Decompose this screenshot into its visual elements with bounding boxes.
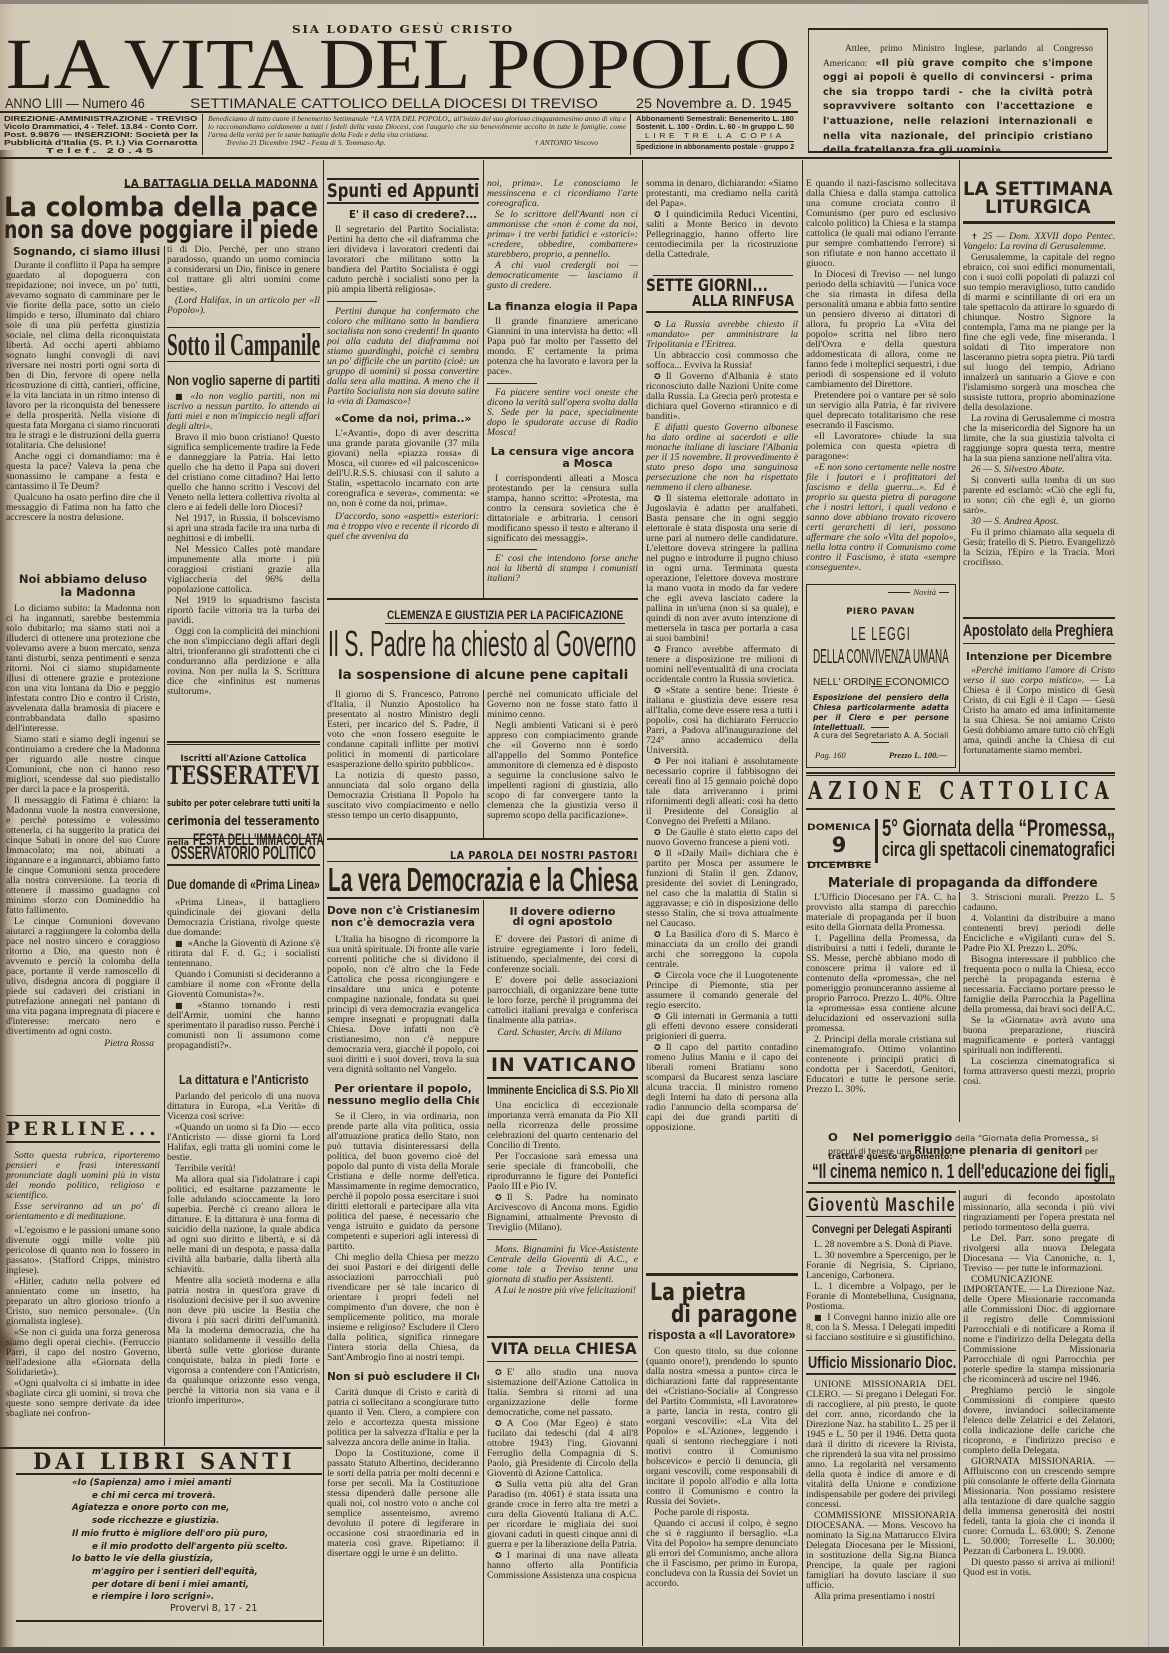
clemenza-body-col-1: Il giorno di S. Francesco, Patrono d'Ita… xyxy=(327,690,479,836)
divider xyxy=(871,727,889,728)
spunti-ed-appunti-continuation: noi, prima». Le conosciamo le messinscen… xyxy=(487,162,638,598)
date-month: DICEMBRE xyxy=(807,860,872,872)
verse-line: Il mio frutto è migliore dell'oro più pu… xyxy=(72,1528,312,1541)
paragraph: Pretendere poi o vantare per sè solo un … xyxy=(806,391,956,431)
divider xyxy=(646,311,798,313)
article-comment: D'accordo, sono «aspetti» esteriori: ma … xyxy=(327,512,479,542)
divider xyxy=(487,383,537,384)
subhead: Convegni per Delegati Aspiranti xyxy=(812,1223,952,1235)
article-body: Se il Clero, in via ordinaria, non prend… xyxy=(327,1112,479,1363)
paragraph: In Diocesi di Treviso — nel lungo period… xyxy=(806,270,956,390)
divider xyxy=(487,1361,638,1363)
star-bullet-icon xyxy=(654,645,661,654)
title-part: della xyxy=(1032,625,1052,639)
star-bullet-icon xyxy=(654,828,661,837)
divider xyxy=(327,838,638,840)
clemenza-body-col-2: perchè nel comunicato ufficiale del Gove… xyxy=(487,690,638,836)
subhead: «Come da noi, prima..» xyxy=(327,413,479,425)
column-rule xyxy=(959,1190,960,1646)
paragraph: Qualcuno ha osato perfino dire che il me… xyxy=(6,493,160,523)
subhead: Intenzione per Dicembre xyxy=(963,651,1115,663)
article-body: ti di Dio. Perchè, per uno strano parado… xyxy=(167,245,320,316)
book-title: DELLA CONVIVENZA UMANA xyxy=(813,647,949,667)
spunti-ed-appunti-section: Spunti ed Appunti E' il caso di credere?… xyxy=(327,162,479,598)
paragraph: Ma allora qual sia l'idolatrare i capi p… xyxy=(167,1175,320,1275)
subhead-wrapper: Sognando, ci siamo illusi xyxy=(13,246,160,258)
section-title-wrapper: Spunti ed Appunti xyxy=(327,181,479,202)
paragraph: Anche oggi ci domandiamo: ma è questa la… xyxy=(6,452,160,492)
paragraph: L. 28 novembre a S. Donà di Piave. xyxy=(806,1240,956,1250)
article-body: I corrispondenti alleati a Mosca protest… xyxy=(487,474,638,544)
paragraph: Quando ci accusi il colpo, è segno che s… xyxy=(646,1519,798,1589)
divider xyxy=(806,772,1115,774)
headline: 5° Giornata della “Promessa„ xyxy=(882,817,1115,841)
divider xyxy=(871,686,889,687)
headline-wrapper: non sa dove poggiare il piede xyxy=(4,217,318,243)
headline: La vera Democrazia e la Chiesa xyxy=(328,863,638,896)
paragraph: Lo diciamo subito: la Madonna non ci ha … xyxy=(6,604,160,734)
paragraph: L'«Avanti», dopo di aver descritta una g… xyxy=(327,429,479,509)
star-bullet-icon xyxy=(654,372,661,381)
book-editor: A cura del Segretariato A. A. Sociali xyxy=(813,731,949,740)
office-line: Telef. 20.45 xyxy=(46,147,156,155)
issue-date: 25 Novembre a. D. 1945 xyxy=(636,96,792,111)
paragraph: A Lui le nostre più vive felicitazioni! xyxy=(487,1286,638,1296)
column-rule xyxy=(642,160,643,1646)
ad-line-wrapper: subito per poter celebrare tutti uniti l… xyxy=(167,793,320,811)
column-rule xyxy=(959,160,960,772)
paragraph: 2. Principi della morale cristiana sul c… xyxy=(806,1035,956,1095)
paragraph: noi, prima». Le conosciamo le messinscen… xyxy=(487,179,638,209)
sette-giorni-section: SETTE GIORNI... ALLA RINFUSA La Russia a… xyxy=(646,270,798,1273)
paragraph: «E non sono certamente nelle nostre file… xyxy=(806,463,956,573)
subtitle: SETTIMANALE CATTOLICO DELLA DIOCESI DI T… xyxy=(190,96,598,111)
settimana-liturgica-section: LA SETTIMANA LITURGICA 25 — Dom. XXVII d… xyxy=(963,162,1115,612)
news-items: La Russia avrebbe chiesto il «mandato» p… xyxy=(646,320,798,1133)
prayer-intention: «Perchè imitiamo l'amore di Cristo verso… xyxy=(963,665,1115,686)
star-bullet-icon xyxy=(654,757,661,766)
article-body: «Prima Linea», il battagliero quindicina… xyxy=(167,898,320,1051)
paragraph: Fu il primo chiamato alla sequela di Ges… xyxy=(963,528,1115,568)
paragraph: Se lo scrittore dell'Avanti non ci ammon… xyxy=(487,210,638,260)
date-weekday: DOMENICA xyxy=(807,823,871,833)
paragraph: E' dovere dei Pastori di anime di istrui… xyxy=(487,935,638,975)
star-bullet-icon xyxy=(495,1551,502,1560)
subhead: Non voglio saperne di partiti xyxy=(167,373,320,387)
star-bullet-icon xyxy=(654,930,661,939)
slogan: “Il cinema nemico n. 1 dell'educazione d… xyxy=(812,1162,1115,1182)
divider xyxy=(487,1239,537,1240)
paragraph: E' dovere poi delle associazioni parrocc… xyxy=(487,976,638,1026)
divider xyxy=(327,202,479,204)
list-item: «Anche la Gioventù di Azione s'è ritirat… xyxy=(167,939,320,969)
newspaper-page: SIA LODATO GESÙ CRISTO LA VITA DEL POPOL… xyxy=(0,0,1169,1653)
paragraph: «Quando un uomo si fa Dio — ecco l'Antic… xyxy=(167,1123,320,1163)
divider xyxy=(6,1141,160,1143)
book-author: PIERO PAVAN xyxy=(807,607,954,617)
subhead: a Mosca xyxy=(487,458,638,470)
paragraph: Durante il conflitto il Papa ha sempre g… xyxy=(6,261,160,451)
subhead: Non si può escludere il Clero xyxy=(327,1371,479,1383)
kicker-wrapper: CLEMENZA E GIUSTIZIA PER LA PACIFICAZION… xyxy=(387,606,623,624)
pastori-header: LA PAROLA DEI NOSTRI PASTORI La vera Dem… xyxy=(327,836,638,900)
paragraph: «Prima Linea», il battagliero quindicina… xyxy=(167,898,320,938)
osservatorio-politico-section: OSSERVATORIO POLITICO Due domande di «Pr… xyxy=(167,838,320,1070)
section-title-wrapper: PERLINE... xyxy=(6,1119,160,1139)
paragraph: auguri di fecondo apostolato missionario… xyxy=(963,1193,1115,1233)
paragraph: La rovina di Gerusalemme ci mostra che l… xyxy=(963,414,1115,464)
article-body: Il segretario del Partito Socialista: Pe… xyxy=(327,225,479,295)
headline-wrapper: La vera Democrazia e la Chiesa xyxy=(328,863,638,896)
paragraph: Chi meglio della Chiesa per mezzo dei su… xyxy=(327,1253,479,1363)
dai-libri-santi-box: DAI LIBRI SANTI «Io (Sapienza) amo i mie… xyxy=(0,1446,322,1626)
divider xyxy=(939,592,949,593)
paragraph: «Il Lavoratore» chiude la sua polemica c… xyxy=(806,432,956,462)
star-bullet-icon xyxy=(654,686,661,695)
headline: circa gli spettacoli cinematografici xyxy=(882,840,1115,861)
clemenza-header: CLEMENZA E GIUSTIZIA PER LA PACIFICAZION… xyxy=(327,596,638,690)
divider xyxy=(16,1473,322,1475)
verse-line: e chi mi cerca mi troverà. xyxy=(92,1490,312,1503)
title-part: DELLA xyxy=(534,1344,570,1357)
paragraph: Pertini dunque ha confermato che coloro … xyxy=(327,307,479,407)
column-rule xyxy=(959,892,960,1122)
subhead-wrapper: risposta a «Il Lavoratore» xyxy=(648,1328,796,1342)
tesseratevi-ad: Iscritti all'Azione Cattolica TESSERATEV… xyxy=(167,738,320,840)
paragraph: Quando i Comunisti si decideranno a camb… xyxy=(167,970,320,1000)
kicker-underline xyxy=(124,187,318,188)
headline-wrapper: di paragone xyxy=(671,1303,797,1325)
paragraph: perchè nel comunicato ufficiale del Gove… xyxy=(487,690,638,720)
star-bullet-icon xyxy=(654,849,661,858)
paragraph: L. 1 dicembre a Volpago, per le Foranie … xyxy=(806,1282,956,1312)
article-body: Durante il conflitto il Papa ha sempre g… xyxy=(6,261,160,523)
section-title-wrapper: VITA DELLA CHIESA xyxy=(491,1341,637,1359)
section-title: Spunti ed Appunti xyxy=(327,181,479,202)
ad-line: subito per poter celebrare tutti uniti l… xyxy=(167,799,320,809)
subhead: Per orientare il popolo, xyxy=(327,1083,479,1095)
verse-line: «Io (Sapienza) amo i miei amanti xyxy=(72,1477,312,1490)
paragraph: 26 — S. Silvestro Abate. xyxy=(963,465,1115,475)
paragraph: Nel Messico Calles potè mandare impuneme… xyxy=(167,545,320,595)
section-title: VITA DELLA CHIESA xyxy=(491,1341,637,1359)
list-item: I Convegni hanno inizio alle ore 8, con … xyxy=(806,1313,956,1343)
paragraph: Nel 1919 lo squadrismo fascista riportò … xyxy=(167,596,320,626)
section-title-wrapper: Ufficio Missionario Dioc. xyxy=(808,1355,956,1371)
ad-title-wrapper: TESSERATEVI xyxy=(167,765,320,789)
header-divider xyxy=(630,114,631,155)
title-part: VITA xyxy=(491,1339,529,1358)
blessing-footer: Treviso 21 Dicembre 1942 - Festa di S. T… xyxy=(208,139,626,147)
scan-top-edge xyxy=(0,0,1169,4)
attlee-quote: Attlee, primo Ministro Inglese, parlando… xyxy=(823,41,1093,158)
paragraph: «Se non ci guida una forza generosa siam… xyxy=(6,1328,160,1378)
paragraph: Sotto questa rubrica, riporteremo pensie… xyxy=(6,1151,160,1201)
list-item: Gli internati in Germania a tutti gli ef… xyxy=(646,1012,798,1042)
book-pages: Pag. 160 xyxy=(815,750,846,760)
subhead: La finanza elogia il Papa xyxy=(487,301,638,313)
verse-line: Agiatezza e onore porto con me, xyxy=(72,1502,312,1515)
article-body: Parlando del pericolo di una nuova ditta… xyxy=(167,1092,320,1406)
article-body: E quando il nazi-fascismo sollecitava da… xyxy=(806,179,956,573)
article-comment: Fa piacere sentire voci oneste che dicon… xyxy=(487,388,638,438)
article-body: auguri di fecondo apostolato missionario… xyxy=(963,1193,1115,1578)
ad-title: TESSERATEVI xyxy=(167,765,320,787)
subhead-wrapper: La dittatura e l'Anticristo xyxy=(179,1073,309,1087)
paragraph: Con questo titolo, su due colonne (quant… xyxy=(646,1347,798,1507)
paragraph: Le Del. Parr. sono pregate di rivolgersi… xyxy=(963,1234,1115,1274)
paragraph: ti di Dio. Perchè, per uno strano parado… xyxy=(167,245,320,295)
paragraph: GIORNATA MISSIONARIA. — Affluiscono con … xyxy=(963,1457,1115,1557)
star-bullet-icon xyxy=(654,1043,661,1052)
section-title: PERLINE... xyxy=(6,1119,160,1139)
column-rule xyxy=(323,160,324,1446)
divider xyxy=(806,1216,956,1218)
scan-right-margin xyxy=(1148,0,1169,1653)
subhead-wrapper: E' il caso di credere?... xyxy=(349,209,477,221)
date-day: 9 xyxy=(807,835,871,855)
header-rule xyxy=(0,111,798,113)
office-info-box: DIREZIONE-AMMINISTRAZIONE - TREVISO Vico… xyxy=(4,115,198,155)
paragraph: La coscienza cinematografica si forma at… xyxy=(963,1057,1115,1087)
banner-text-part: trattare questo argomento: xyxy=(828,1152,953,1161)
perline-section: PERLINE... Sotto questa rubrica, riporte… xyxy=(6,1110,160,1448)
divider xyxy=(888,592,910,593)
author-signature: Card. Schuster, Arciv. di Milano xyxy=(487,1028,638,1038)
section-title-wrapper: Gioventù Maschile xyxy=(808,1197,956,1214)
column-rule xyxy=(483,900,484,1646)
headline: non sa dove poggiare il piede xyxy=(4,217,318,243)
pietra-di-paragone-continuation: E quando il nazi-fascismo sollecitava da… xyxy=(806,162,956,582)
subhead: Materiale di propaganda da diffondere xyxy=(828,877,1098,891)
square-bullet-icon xyxy=(814,1313,822,1322)
office-phone: Telef. 20.45 xyxy=(46,147,157,155)
article-body: UNIONE MISSIONARIA DEL CLERO. — Si prega… xyxy=(806,1380,956,1602)
star-bullet-icon xyxy=(495,1193,502,1202)
paragraph: E' così che intendono forse anche noi la… xyxy=(487,554,638,584)
paragraph: Carità dunque di Cristo e carità di patr… xyxy=(327,1388,479,1448)
paragraph: Mentre alla società moderna e alla patri… xyxy=(167,1276,320,1406)
apostolato-section: Apostolato della Preghiera Intenzione pe… xyxy=(963,612,1115,772)
divider xyxy=(646,1273,798,1276)
list-item: Circola voce che il Luogotenente Princip… xyxy=(646,971,798,1011)
paragraph: La notizia di questo passo, annunciata d… xyxy=(327,771,479,821)
article-body: somma in denaro, dichiarando: «Siamo pro… xyxy=(646,179,798,260)
headline: di paragone xyxy=(671,1303,797,1325)
star-bullet-icon xyxy=(654,971,661,980)
paragraph: Se la «Giornata» avrà avuto una buona pr… xyxy=(963,1016,1115,1056)
blessing-text: Benediciamo di tutto cuore il benemerito… xyxy=(208,115,626,139)
novelty-text: Novità xyxy=(913,587,936,597)
header-divider xyxy=(202,114,203,155)
scan-bottom-edge xyxy=(0,1647,1169,1653)
divider xyxy=(963,617,1115,619)
masthead: LA VITA DEL POPOLO xyxy=(6,28,790,100)
headline: Il S. Padre ha chiesto al Governo xyxy=(328,626,636,662)
book-title: LE LEGGI xyxy=(851,625,911,643)
issue-number: ANNO LIII — Numero 46 xyxy=(5,96,145,111)
section-title: OSSERVATORIO POLITICO xyxy=(171,845,316,861)
section-title: DAI LIBRI SANTI xyxy=(33,1451,295,1473)
subhead-wrapper: Imminente Enciclica di S.S. Pio XII xyxy=(487,1084,638,1097)
article-body: E' allo studio una nuova sistemazione de… xyxy=(487,1368,638,1581)
subhead: La dittatura e l'Anticristo xyxy=(179,1073,309,1086)
square-bullet-icon xyxy=(175,392,186,401)
perline-intro: Sotto questa rubrica, riporteremo pensie… xyxy=(6,1151,160,1222)
divider xyxy=(806,1350,956,1351)
divider xyxy=(806,1191,956,1193)
divider xyxy=(806,1373,956,1375)
ad-line: cerimonia del tesseramento xyxy=(167,815,319,827)
perline-continuation: ti di Dio. Perchè, per uno strano parado… xyxy=(167,244,320,324)
paragraph: UNIONE MISSIONARIA DEL CLERO. — Si prega… xyxy=(806,1380,956,1510)
paragraph: COMMISSIONE MISSIONARIA DIOCESANA. — Mon… xyxy=(806,1511,956,1591)
verse-line: e il mio prodotto dell'argento più scelt… xyxy=(92,1541,312,1554)
headline-wrapper: Il S. Padre ha chiesto al Governo xyxy=(328,626,636,662)
dittatura-section: La dittatura e l'Anticristo Parlando del… xyxy=(167,1070,320,1448)
subhead-wrapper: Due domande di «Prima Linea» xyxy=(167,878,320,892)
column-rule xyxy=(802,160,803,1646)
section-title-wrapper: Apostolato della Preghiera xyxy=(963,622,1113,641)
paragraph: Fa piacere sentire voci oneste che dicon… xyxy=(487,388,638,438)
paragraph: L. 30 novembre a Spercenigo, per le Fora… xyxy=(806,1251,956,1281)
paragraph: L'Ufficio Diocesano per l'A. C. ha provv… xyxy=(806,893,956,933)
democrazia-body: Dove non c'è Cristianesimo non c'è democ… xyxy=(327,900,479,1646)
list-item: A Coo (Mar Egeo) è stato fucilato dai te… xyxy=(487,1419,638,1479)
event-date-box: DOMENICA 9 DICEMBRE xyxy=(807,817,871,863)
vita-della-chiesa-section: VITA DELLA CHIESA E' allo studio una nuo… xyxy=(487,1333,638,1646)
verses: «Io (Sapienza) amo i miei amanti e chi m… xyxy=(72,1477,312,1604)
section-title-wrapper: Sotto il Campanile xyxy=(167,330,320,359)
cross-icon xyxy=(971,232,978,241)
column-rule xyxy=(323,1446,324,1646)
headline-wrapper: 5° Giornata della “Promessa„ xyxy=(882,817,1115,841)
paragraph: Le cinque Comunioni dovevano aiutarci a … xyxy=(6,917,160,1037)
paragraph: D'accordo, sono «aspetti» esteriori: ma … xyxy=(327,512,479,542)
subhead: Sognando, ci siamo illusi xyxy=(13,246,160,257)
paragraph: Negli ambienti Vaticani si è però appres… xyxy=(487,721,638,821)
kicker: CLEMENZA E GIUSTIZIA PER LA PACIFICAZION… xyxy=(387,609,623,621)
list-item: «Io non voglio partiti, non mi iscrivo a… xyxy=(167,392,320,432)
azione-cattolica-body-col-2: 3. Striscioni murali. Prezzo L. 5 cadaun… xyxy=(963,890,1115,1122)
list-item: De Gaulle è stato eletto capo del nuovo … xyxy=(646,828,798,848)
paragraph: Il segretario del Partito Socialista: Pe… xyxy=(327,225,479,295)
divider xyxy=(806,808,1115,810)
divider xyxy=(871,742,889,743)
list-item: «Stanno tornando i resti dell'Armir, uom… xyxy=(167,1001,320,1051)
paragraph: Esse serviranno ad un po' di orientament… xyxy=(6,1202,160,1222)
article-body: 3. Striscioni murali. Prezzo L. 5 cadaun… xyxy=(963,893,1115,1087)
section-title-wrapper: LITURGICA xyxy=(985,198,1091,216)
section-title: AZIONE CATTOLICA xyxy=(808,779,1115,803)
paragraph: Nel 1917, in Russia, il bolscevismo si a… xyxy=(167,514,320,544)
divider xyxy=(487,1050,638,1052)
verse-line: per dotare di beni i miei amanti, xyxy=(92,1579,312,1592)
bishop-blessing-box: Benediciamo di tutto cuore il benemerito… xyxy=(208,115,626,155)
paragraph: Il grande finanziere americano Giannini … xyxy=(487,317,638,377)
verse-line: Io batto le vie della giustizia, xyxy=(72,1553,312,1566)
divider xyxy=(16,1620,322,1622)
ad-line-wrapper: cerimonia del tesseramento xyxy=(167,812,319,830)
article-colomba-part-2: Noi abbiamo deluso la Madonna Lo diciamo… xyxy=(6,570,160,1110)
azione-cattolica-header: AZIONE CATTOLICA DOMENICA 9 DICEMBRE 5° … xyxy=(802,770,1115,890)
list-item: I quindicimila Reduci Vicentini, saliti … xyxy=(646,210,798,260)
article-body: «Io non voglio partiti, non mi iscrivo a… xyxy=(167,392,320,697)
list-item: I marinai di una nave alleata hanno offe… xyxy=(487,1551,638,1581)
article-body: L'«Avanti», dopo di aver descritta una g… xyxy=(327,429,479,509)
section-title: Sotto il Campanile xyxy=(167,330,320,359)
verse-line: m'aggiro per i sentieri dell'equità, xyxy=(92,1566,312,1579)
list-item: Sulla vetta più alta del Gran Paradiso (… xyxy=(487,1480,638,1550)
paragraph: Siamo stati e siamo degli ingenui se con… xyxy=(6,735,160,795)
list-item: Il capo del partito contadino romeno Jul… xyxy=(646,1043,798,1133)
verse-source: Provervi 8, 17 - 21 xyxy=(170,1603,257,1614)
paragraph: Un abbraccio così commosso che soffoca..… xyxy=(646,351,798,371)
pietra-di-paragone-section: La pietra di paragone risposta a «Il Lav… xyxy=(646,1273,798,1646)
book-title-wrapper: LE LEGGI xyxy=(851,625,911,645)
subhead: Imminente Enciclica di S.S. Pio XII xyxy=(487,1084,638,1096)
subhead: Dove non c'è Cristianesimo xyxy=(327,905,479,917)
article-body: L'Italia ha bisogno di ricomporre la sua… xyxy=(327,935,479,1075)
article-body: 25 — Dom. XXVII dopo Pentec. Vangelo: La… xyxy=(963,232,1115,568)
paragraph: 30 — S. Andrea Apost. xyxy=(963,517,1115,527)
title-part: Preghiera xyxy=(1055,621,1113,640)
headline-wrapper: circa gli spettacoli cinematografici xyxy=(882,840,1115,861)
square-bullet-icon xyxy=(175,939,183,948)
paragraph: COMUNICAZIONE IMPORTANTE. — La Direzione… xyxy=(963,1275,1115,1385)
paragraph: «L'egoismo e le passioni umane sono dive… xyxy=(6,1226,160,1276)
blessing-signature: † ANTONIO Vescovo xyxy=(535,139,598,147)
subhead: E' il caso di credere?... xyxy=(349,209,477,221)
paragraph: Una enciclica di eccezionale importanza … xyxy=(487,1101,638,1151)
subhead: non c'è democrazia vera xyxy=(327,917,479,929)
subhead: Due domande di «Prima Linea» xyxy=(167,878,320,891)
paragraph: Per l'occasione sarà emessa una serie sp… xyxy=(487,1152,638,1192)
subhead: risposta a «Il Lavoratore» xyxy=(648,1328,796,1341)
square-bullet-icon xyxy=(175,1001,192,1010)
section-title-wrapper: ALLA RINFUSA xyxy=(692,294,794,309)
section-title: Ufficio Missionario Dioc. xyxy=(808,1355,956,1371)
subhead-wrapper: la sospensione di alcune pene capitali xyxy=(338,666,628,684)
list-item: Per noi italiani è assolutamente necessa… xyxy=(646,757,798,827)
section-title-wrapper: IN VATICANO xyxy=(491,1056,637,1074)
star-bullet-icon xyxy=(654,494,661,503)
paragraph: Di questo passo si arriva ai milioni! Qu… xyxy=(963,1558,1115,1578)
date-month-wrapper: DICEMBRE xyxy=(807,855,871,873)
article-body: Il giorno di S. Francesco, Patrono d'Ita… xyxy=(327,690,479,821)
kicker: LA BATTAGLIA DELLA MADONNA xyxy=(124,178,318,190)
paragraph: Il messaggio di Fatima è chiaro: la Mado… xyxy=(6,796,160,916)
paragraph: E quando il nazi-fascismo sollecitava da… xyxy=(806,179,956,269)
section-title-wrapper: OSSERVATORIO POLITICO xyxy=(171,845,316,862)
paragraph: Bisogna interessare il pubblico che freq… xyxy=(963,955,1115,1015)
author-signature: Pietra Rossa xyxy=(6,1039,160,1049)
paragraph: E difatti questo Governo albanese ha dat… xyxy=(646,423,798,493)
blessing-place-date: Treviso 21 Dicembre 1942 - Festa di S. T… xyxy=(226,139,386,147)
prayer-text: La Chiesa è il Corpo mistico di Gesù Cri… xyxy=(963,675,1115,756)
book-subtitle-wrapper: NELL' ORDINE ECONOMICO xyxy=(813,672,949,690)
ufficio-missionario-continuation: auguri di fecondo apostolato missionario… xyxy=(963,1188,1115,1646)
divider xyxy=(487,549,537,550)
star-bullet-icon xyxy=(654,1012,661,1021)
section-title: ALLA RINFUSA xyxy=(692,294,794,308)
subhead: la Madonna xyxy=(6,586,160,599)
date-weekday-wrapper: DOMENICA xyxy=(807,817,871,835)
list-item: «State a sentire bene: Trieste è italian… xyxy=(646,686,798,756)
divider xyxy=(487,1336,638,1338)
section-title: Apostolato della Preghiera xyxy=(963,622,1113,641)
list-item: Il «Daily Mail» dichiara che è partito p… xyxy=(646,849,798,929)
